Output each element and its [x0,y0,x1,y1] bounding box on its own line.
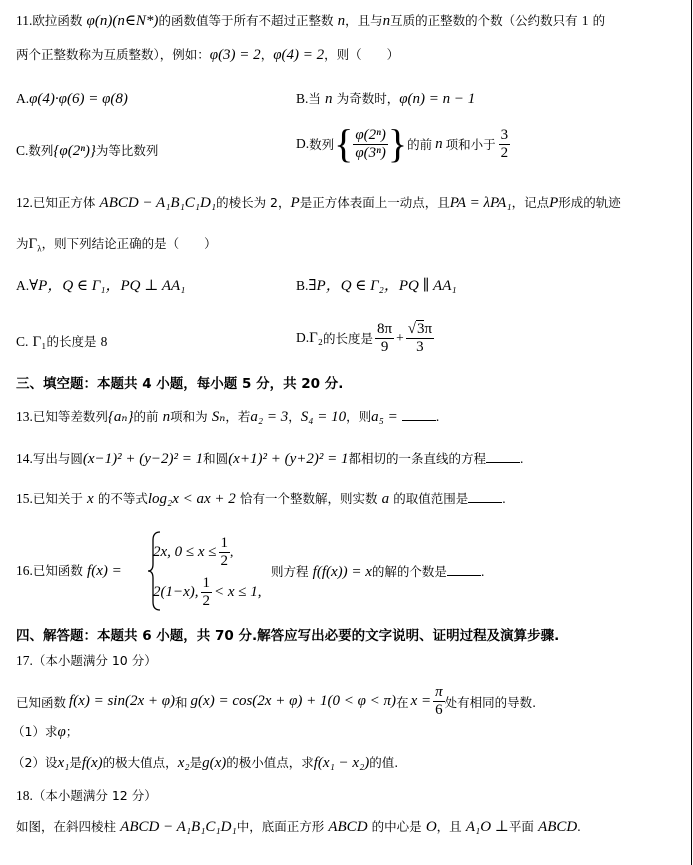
question-16-tail: 则方程 f(f(x)) = x的解的个数是. [271,562,484,582]
fraction: φ(2ⁿ) φ(3ⁿ) [353,127,388,162]
fraction-8pi-9: 8π 9 [375,321,394,356]
q12-option-b[interactable]: B.∃P，Q ∈ Γ₂，PQ ∥ AA₁ [296,276,457,297]
question-12-line-1: 12.已知正方体 ABCD − A₁B₁C₁D₁的棱长为 2，P是正方体表面上一… [16,194,621,213]
case-2: 2(1−x), 1 2 < x ≤ 1, [153,572,262,612]
question-17-part-1: （1）求φ； [12,723,78,742]
fraction-half: 1 2 [201,575,213,610]
question-17-stem: 已知函数 f(x) = sin(2x + φ) 和 g(x) = cos(2x … [16,684,536,719]
q12-option-d[interactable]: D. Γ₂的长度是 8π 9 + √3π 3 [296,320,434,356]
page-right-border [691,0,692,865]
fraction-half: 1 2 [219,535,231,570]
answer-blank[interactable] [468,489,502,503]
question-14: 14.写出与圆(x−1)² + (y−2)² = 1和圆(x+1)² + (y+… [16,449,523,469]
q12-option-c[interactable]: C. Γ₁的长度是 8 [16,332,107,353]
question-15: 15.已知关于 x 的不等式log₂x < ax + 2 恰有一个整数解，则实数… [16,489,506,509]
question-18-stem: 如图，在斜四棱柱 ABCD − A₁B₁C₁D₁中，底面正方形 ABCD 的中心… [16,818,581,837]
question-17-part-2: （2）设x₁是f(x)的极大值点，x₂是g(x)的极小值点，求f(x₁ − x₂… [12,754,398,773]
question-17-header: 17.（本小题满分 10 分） [16,652,157,671]
sqrt-icon: √ [408,321,416,337]
piecewise-cases: 2x, 0 ≤ x ≤ 1 2 , 2(1−x), 1 2 < x ≤ 1, [153,532,262,612]
answer-blank[interactable] [486,449,520,463]
fraction-root3pi-3: √3π 3 [406,320,434,356]
question-11-line-2: 两个正整数称为互质整数），例如：φ(3) = 2，φ(4) = 2，则（ ） [16,46,399,65]
q11-option-a[interactable]: A.φ(4)·φ(6) = φ(8) [16,89,128,110]
fraction-three-halves: 3 2 [499,127,511,162]
math-domain: (n∈N*) [112,13,158,29]
answer-blank[interactable] [447,562,481,576]
left-brace: { [334,124,353,164]
math-phi-n: φ(n) [87,13,113,29]
question-number: 11. [16,13,32,28]
question-11-line-1: 11.欧拉函数 φ(n)(n∈N*)的函数值等于所有不超过正整数 n，且与n互质… [16,12,605,31]
answer-blank[interactable] [402,407,436,421]
q11-option-c[interactable]: C.数列{φ(2ⁿ)}为等比数列 [16,141,158,162]
question-13: 13.已知等差数列{aₙ}的前 n项和为 Sₙ，若a₂ = 3，S₄ = 10，… [16,407,439,427]
question-12-line-2: 为Γλ，则下列结论正确的是（ ） [16,235,217,258]
fraction-pi-6: π 6 [433,684,445,719]
question-18-header: 18.（本小题满分 12 分） [16,787,157,806]
right-brace: } [388,124,407,164]
section-3-heading: 三、填空题：本题共 4 小题，每小题 5 分，共 20 分. [16,375,343,393]
section-4-heading: 四、解答题：本题共 6 小题，共 70 分.解答应写出必要的文字说明、证明过程及… [16,627,559,645]
q11-option-d[interactable]: D.数列 { φ(2ⁿ) φ(3ⁿ) } 的前 n 项和小于 3 2 [296,124,510,164]
case-1: 2x, 0 ≤ x ≤ 1 2 , [153,532,262,572]
question-16-lead: 16.已知函数 f(x) = [16,562,122,581]
q11-option-b[interactable]: B.当 n 为奇数时，φ(n) = n − 1 [296,89,475,110]
q12-option-a[interactable]: A.∀P，Q ∈ Γ₁，PQ ⊥ AA₁ [16,276,185,297]
